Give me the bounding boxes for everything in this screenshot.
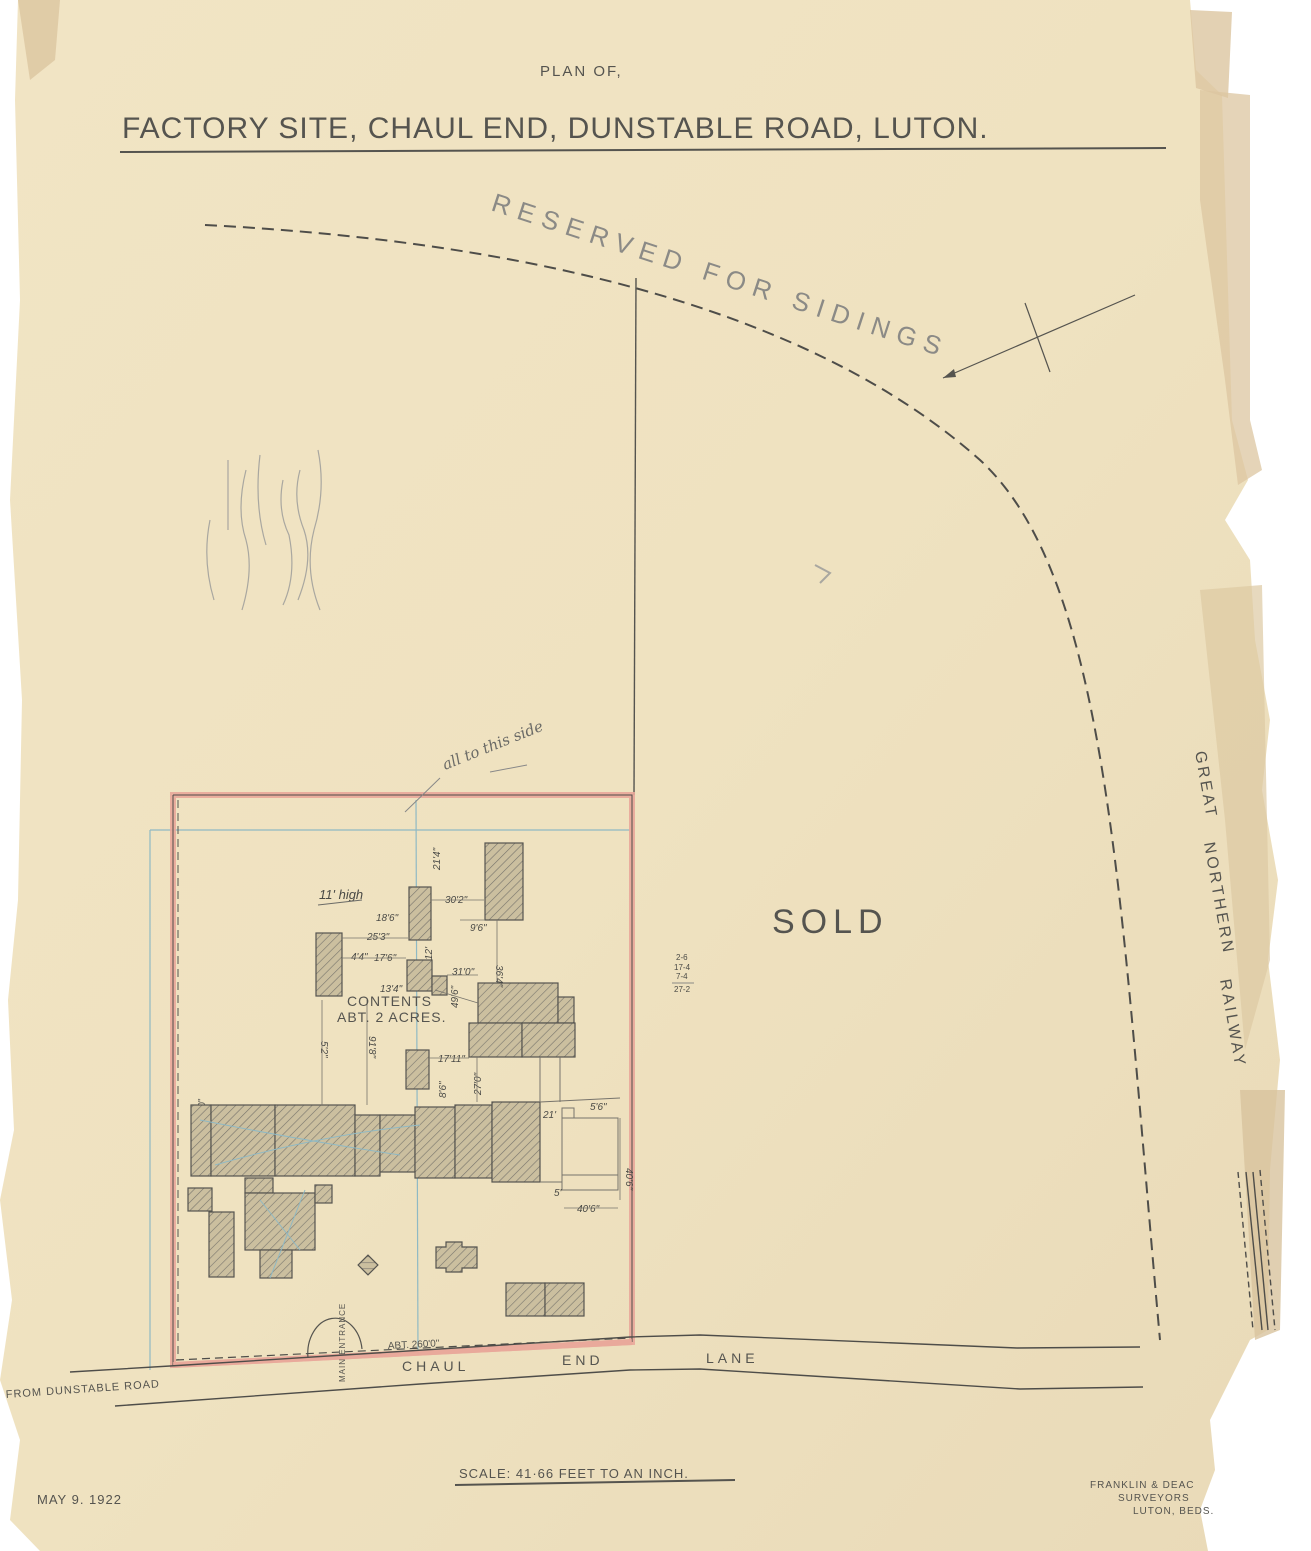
surveyor-title: SURVEYORS [1118, 1493, 1190, 1504]
building [355, 1115, 380, 1176]
main-entrance-label: MAIN ENTRANCE [338, 1303, 347, 1382]
building [209, 1212, 234, 1277]
building [545, 1283, 584, 1316]
svg-text:5'2": 5'2" [318, 1041, 329, 1058]
building [407, 960, 432, 991]
contents-label: CONTENTS [347, 993, 432, 1009]
contents-area-label: ABT. 2 ACRES. [337, 1009, 446, 1025]
building [406, 1050, 429, 1089]
building [469, 1023, 522, 1057]
building [485, 843, 523, 920]
svg-text:91'8": 91'8" [366, 1036, 377, 1059]
building [558, 997, 574, 1023]
page-title: FACTORY SITE, CHAUL END, DUNSTABLE ROAD,… [122, 112, 989, 145]
svg-text:18'6": 18'6" [376, 913, 399, 924]
road-label-end: END [562, 1352, 604, 1368]
svg-text:40'6": 40'6" [577, 1204, 600, 1215]
svg-text:27-2: 27-2 [674, 985, 691, 994]
scale-label: SCALE: 41·66 FEET TO AN INCH. [459, 1466, 689, 1481]
building [315, 1185, 332, 1203]
svg-text:7-4: 7-4 [676, 972, 688, 981]
building [380, 1115, 415, 1172]
svg-text:12': 12' [424, 946, 435, 960]
building [478, 983, 558, 1023]
svg-text:17'6": 17'6" [374, 953, 397, 964]
date-label: MAY 9. 1922 [37, 1492, 122, 1507]
svg-text:5'6": 5'6" [590, 1102, 607, 1113]
svg-text:4'4": 4'4" [351, 952, 368, 963]
svg-text:49'6": 49'6" [450, 985, 461, 1008]
building [245, 1193, 315, 1250]
building [492, 1102, 540, 1182]
building [316, 933, 342, 996]
svg-text:25'3": 25'3" [366, 932, 390, 943]
svg-text:9'6": 9'6" [470, 923, 487, 934]
site-plan-document: PLAN OF, FACTORY SITE, CHAUL END, DUNSTA… [0, 0, 1311, 1551]
building [245, 1178, 273, 1193]
road-label-lane: LANE [706, 1350, 759, 1366]
tape-strip [1190, 10, 1232, 98]
svg-text:36'4": 36'4" [493, 965, 504, 988]
svg-text:31'0": 31'0" [452, 967, 475, 978]
building [506, 1283, 545, 1316]
building [188, 1188, 212, 1211]
svg-text:11' high: 11' high [319, 887, 363, 902]
title-pre: PLAN OF, [540, 63, 623, 80]
svg-text:40'6": 40'6" [623, 1168, 634, 1191]
svg-text:21': 21' [542, 1110, 557, 1121]
building [211, 1105, 275, 1176]
svg-text:5': 5' [554, 1188, 563, 1199]
road-label-chaul: CHAUL [402, 1358, 469, 1374]
building [409, 887, 431, 940]
surveyor-location: LUTON, BEDS. [1133, 1506, 1214, 1517]
svg-text:17'11": 17'11" [438, 1054, 465, 1065]
building [432, 976, 447, 995]
sold-label: SOLD [772, 903, 889, 941]
svg-text:17-4: 17-4 [674, 963, 691, 972]
svg-text:30'2": 30'2" [445, 895, 468, 906]
building [415, 1107, 455, 1178]
building [522, 1023, 575, 1057]
svg-text:2-6: 2-6 [676, 953, 688, 962]
building [191, 1105, 211, 1176]
svg-text:8'6": 8'6" [438, 1081, 449, 1098]
building [436, 1242, 477, 1272]
building [455, 1105, 492, 1178]
svg-text:27'0": 27'0" [473, 1072, 484, 1096]
surveyor-name: FRANKLIN & DEAC [1090, 1480, 1194, 1491]
svg-text:21'4": 21'4" [432, 847, 443, 871]
